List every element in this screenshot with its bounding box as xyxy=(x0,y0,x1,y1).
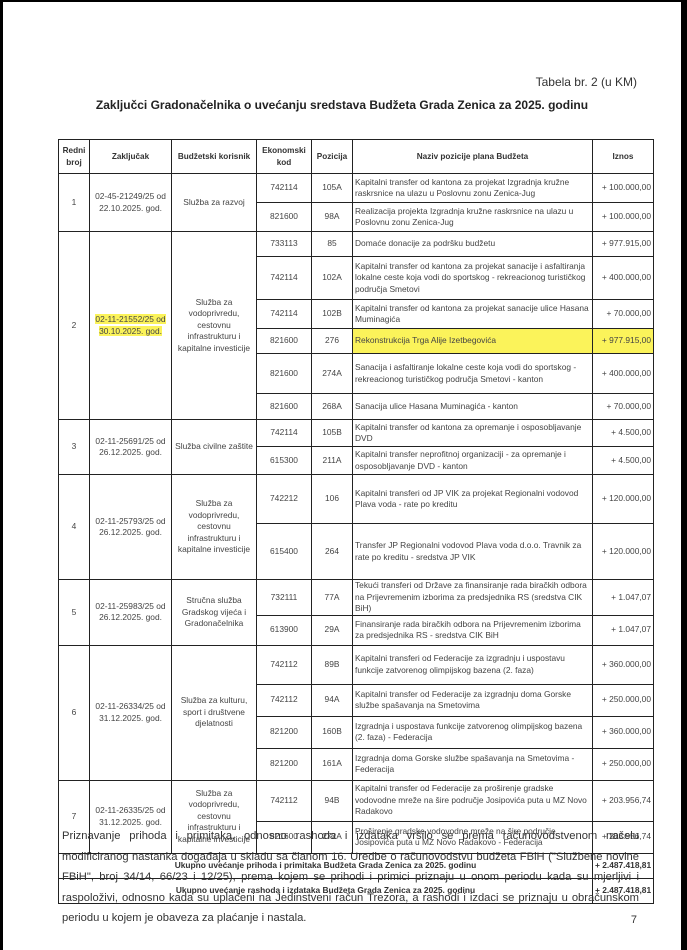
page-number: 7 xyxy=(631,914,637,926)
zakljucak-text: 02-11-21552/25 od 30.10.2025. god. xyxy=(95,314,165,336)
redni-broj-cell: 2 xyxy=(59,232,90,420)
naziv-pozicije-cell: Sanacija ulice Hasana Muminagića - kanto… xyxy=(353,394,593,420)
naziv-pozicije-cell: Sanacija i asfaltiranje lokalne ceste ko… xyxy=(353,354,593,394)
redni-broj-cell: 6 xyxy=(59,645,90,780)
table-body: 102-45-21249/25 od 22.10.2025. god.Služb… xyxy=(59,174,654,854)
iznos-cell: + 120.000,00 xyxy=(593,524,654,580)
naziv-pozicije-cell: Kapitalni transfer od kantona za projeka… xyxy=(353,174,593,203)
pozicija-cell: 102B xyxy=(312,300,353,329)
pozicija-cell: 106 xyxy=(312,475,353,524)
accounting-note-paragraph: Priznavanje prihoda i primitaka, odnosno… xyxy=(62,826,639,929)
zakljucak-cell: 02-11-21552/25 od 30.10.2025. god. xyxy=(90,232,172,420)
iznos-cell: + 203.956,74 xyxy=(593,780,654,821)
pozicija-cell: 160B xyxy=(312,716,353,748)
zakljucak-text: 02-11-26335/25 od 31.12.2025. god. xyxy=(95,805,165,827)
pozicija-cell: 98A xyxy=(312,203,353,232)
zakljucak-cell: 02-45-21249/25 od 22.10.2025. god. xyxy=(90,174,172,232)
pozicija-cell: 94B xyxy=(312,780,353,821)
ekonomski-kod-cell: 821200 xyxy=(257,748,312,780)
ekonomski-kod-cell: 742114 xyxy=(257,174,312,203)
document-title: Zaključci Gradonačelnika o uvećanju sred… xyxy=(3,98,681,112)
naziv-pozicije-cell: Tekući transferi od Države za finansiran… xyxy=(353,580,593,616)
naziv-pozicije-cell: Domaće donacije za podršku budžetu xyxy=(353,232,593,257)
iznos-cell: + 977.915,00 xyxy=(593,329,654,354)
ekonomski-kod-cell: 742112 xyxy=(257,645,312,684)
iznos-cell: + 4.500,00 xyxy=(593,420,654,447)
budget-table: Redni broj Zaključak Budžetski korisnik … xyxy=(58,139,654,904)
pozicija-cell: 94A xyxy=(312,684,353,716)
budzetski-korisnik-cell: Služba za vodoprivredu, cestovnu infrast… xyxy=(172,232,257,420)
pozicija-cell: 85 xyxy=(312,232,353,257)
header-redni-broj: Redni broj xyxy=(59,140,90,174)
pozicija-cell: 105B xyxy=(312,420,353,447)
pozicija-cell: 268A xyxy=(312,394,353,420)
header-iznos: Iznos xyxy=(593,140,654,174)
ekonomski-kod-cell: 742112 xyxy=(257,780,312,821)
iznos-cell: + 1.047,07 xyxy=(593,580,654,616)
ekonomski-kod-cell: 613900 xyxy=(257,615,312,645)
ekonomski-kod-cell: 821600 xyxy=(257,329,312,354)
table-row: 602-11-26334/25 od 31.12.2025. god.Služb… xyxy=(59,645,654,684)
pozicija-cell: 161A xyxy=(312,748,353,780)
header-zakljucak: Zaključak xyxy=(90,140,172,174)
naziv-pozicije-cell: Kapitalni transfer neprofitnoj organizac… xyxy=(353,447,593,475)
naziv-pozicije-cell: Kapitalni transfer od kantona za opreman… xyxy=(353,420,593,447)
pozicija-cell: 102A xyxy=(312,257,353,300)
pozicija-cell: 274A xyxy=(312,354,353,394)
ekonomski-kod-cell: 615300 xyxy=(257,447,312,475)
zakljucak-cell: 02-11-25983/25 od 26.12.2025. god. xyxy=(90,580,172,646)
ekonomski-kod-cell: 821600 xyxy=(257,394,312,420)
naziv-pozicije-cell: Kapitalni transferi od JP VIK za projeka… xyxy=(353,475,593,524)
pozicija-cell: 264 xyxy=(312,524,353,580)
iznos-cell: + 400.000,00 xyxy=(593,257,654,300)
naziv-pozicije-cell: Kapitalni transfer od Federacije za izgr… xyxy=(353,684,593,716)
ekonomski-kod-cell: 733113 xyxy=(257,232,312,257)
zakljucak-text: 02-11-25691/25 od 26.12.2025. god. xyxy=(95,436,165,458)
budzetski-korisnik-cell: Služba civilne zaštite xyxy=(172,420,257,475)
ekonomski-kod-cell: 742114 xyxy=(257,300,312,329)
table-row: 502-11-25983/25 od 26.12.2025. god.Struč… xyxy=(59,580,654,616)
ekonomski-kod-cell: 742114 xyxy=(257,257,312,300)
table-caption: Tabela br. 2 (u KM) xyxy=(536,75,637,89)
ekonomski-kod-cell: 821600 xyxy=(257,203,312,232)
iznos-cell: + 250.000,00 xyxy=(593,748,654,780)
ekonomski-kod-cell: 742212 xyxy=(257,475,312,524)
table-row: 102-45-21249/25 od 22.10.2025. god.Služb… xyxy=(59,174,654,203)
iznos-cell: + 100.000,00 xyxy=(593,203,654,232)
zakljucak-cell: 02-11-26334/25 od 31.12.2025. god. xyxy=(90,645,172,780)
iznos-cell: + 70.000,00 xyxy=(593,394,654,420)
naziv-pozicije-cell: Rekonstrukcija Trga Alije Izetbegovića xyxy=(353,329,593,354)
table-row: 702-11-26335/25 od 31.12.2025. god.Služb… xyxy=(59,780,654,821)
iznos-cell: + 4.500,00 xyxy=(593,447,654,475)
budzetski-korisnik-cell: Stručna služba Gradskog vijeća i Gradona… xyxy=(172,580,257,646)
iznos-cell: + 250.000,00 xyxy=(593,684,654,716)
iznos-cell: + 977.915,00 xyxy=(593,232,654,257)
ekonomski-kod-cell: 742114 xyxy=(257,420,312,447)
iznos-cell: + 400.000,00 xyxy=(593,354,654,394)
naziv-pozicije-cell: Kapitalni transferi od Federacije za izg… xyxy=(353,645,593,684)
iznos-cell: + 100.000,00 xyxy=(593,174,654,203)
pozicija-cell: 77A xyxy=(312,580,353,616)
budzetski-korisnik-cell: Služba za razvoj xyxy=(172,174,257,232)
pozicija-cell: 105A xyxy=(312,174,353,203)
zakljucak-cell: 02-11-25793/25 od 26.12.2025. god. xyxy=(90,475,172,580)
iznos-cell: + 1.047,07 xyxy=(593,615,654,645)
budzetski-korisnik-cell: Služba za vodoprivredu, cestovnu infrast… xyxy=(172,475,257,580)
pozicija-cell: 29A xyxy=(312,615,353,645)
table-row: 202-11-21552/25 od 30.10.2025. god.Služb… xyxy=(59,232,654,257)
ekonomski-kod-cell: 732111 xyxy=(257,580,312,616)
zakljucak-text: 02-11-25793/25 od 26.12.2025. god. xyxy=(95,516,165,538)
iznos-cell: + 120.000,00 xyxy=(593,475,654,524)
naziv-pozicije-cell: Transfer JP Regionalni vodovod Plava vod… xyxy=(353,524,593,580)
ekonomski-kod-cell: 742112 xyxy=(257,684,312,716)
naziv-pozicije-cell: Kapitalni transfer od kantona za projeka… xyxy=(353,257,593,300)
ekonomski-kod-cell: 615400 xyxy=(257,524,312,580)
header-budzetski-korisnik: Budžetski korisnik xyxy=(172,140,257,174)
redni-broj-cell: 1 xyxy=(59,174,90,232)
pozicija-cell: 89B xyxy=(312,645,353,684)
budzetski-korisnik-cell: Služba za kulturu, sport i društvene dje… xyxy=(172,645,257,780)
table-header-row: Redni broj Zaključak Budžetski korisnik … xyxy=(59,140,654,174)
ekonomski-kod-cell: 821600 xyxy=(257,354,312,394)
zakljucak-cell: 02-11-25691/25 od 26.12.2025. god. xyxy=(90,420,172,475)
zakljucak-text: 02-11-26334/25 od 31.12.2025. god. xyxy=(95,701,165,723)
header-ekonomski-kod: Ekonomski kod xyxy=(257,140,312,174)
naziv-pozicije-cell: Kapitalni transfer od kantona za projeka… xyxy=(353,300,593,329)
naziv-pozicije-cell: Kapitalni transfer od Federacije za proš… xyxy=(353,780,593,821)
pozicija-cell: 276 xyxy=(312,329,353,354)
redni-broj-cell: 5 xyxy=(59,580,90,646)
header-naziv-pozicije: Naziv pozicije plana Budžeta xyxy=(353,140,593,174)
ekonomski-kod-cell: 821200 xyxy=(257,716,312,748)
naziv-pozicije-cell: Izgradnja i uspostava funkcije zatvoreno… xyxy=(353,716,593,748)
header-pozicija: Pozicija xyxy=(312,140,353,174)
document-page: Tabela br. 2 (u KM) Zaključci Gradonačel… xyxy=(3,2,681,950)
iznos-cell: + 70.000,00 xyxy=(593,300,654,329)
table-row: 302-11-25691/25 od 26.12.2025. god.Služb… xyxy=(59,420,654,447)
naziv-pozicije-cell: Finansiranje rada biračkih odbora na Pri… xyxy=(353,615,593,645)
naziv-pozicije-cell: Izgradnja doma Gorske službe spašavanja … xyxy=(353,748,593,780)
redni-broj-cell: 4 xyxy=(59,475,90,580)
pozicija-cell: 211A xyxy=(312,447,353,475)
naziv-pozicije-cell: Realizacija projekta Izgradnja kružne ra… xyxy=(353,203,593,232)
table-row: 402-11-25793/25 od 26.12.2025. god.Služb… xyxy=(59,475,654,524)
iznos-cell: + 360.000,00 xyxy=(593,716,654,748)
redni-broj-cell: 3 xyxy=(59,420,90,475)
iznos-cell: + 360.000,00 xyxy=(593,645,654,684)
zakljucak-text: 02-45-21249/25 od 22.10.2025. god. xyxy=(95,191,166,213)
zakljucak-text: 02-11-25983/25 od 26.12.2025. god. xyxy=(95,601,165,623)
